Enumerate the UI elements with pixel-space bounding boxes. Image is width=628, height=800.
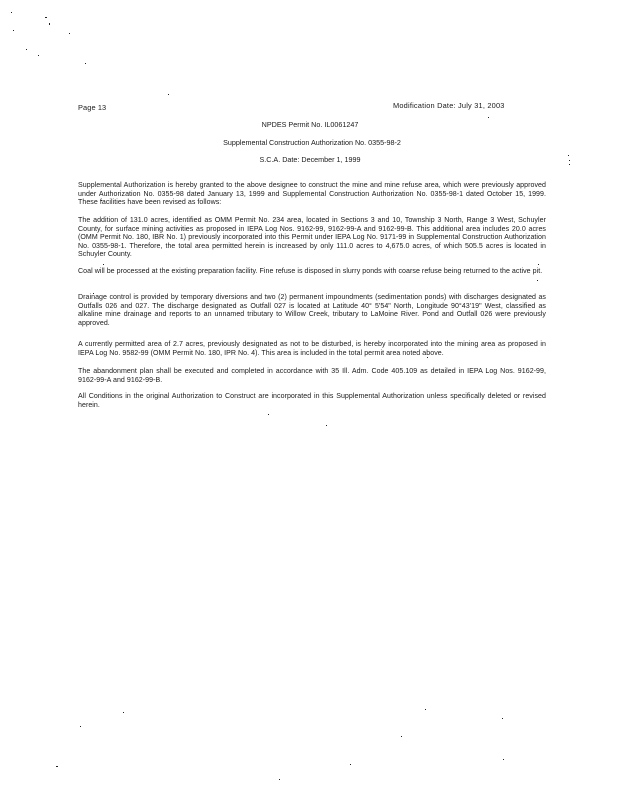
- paragraph-coal-processing: Coal will be processed at the existing p…: [78, 268, 546, 277]
- sca-date-title: S.C.A. Date: December 1, 1999: [0, 155, 624, 164]
- paragraph-drainage-control: Drainage control is provided by temporar…: [78, 294, 546, 328]
- permit-number-title: NPDES Permit No. IL0061247: [0, 120, 624, 129]
- page-number: Page 13: [78, 103, 106, 112]
- document-page: Page 13 Modification Date: July 31, 2003…: [0, 0, 628, 800]
- modification-date: Modification Date: July 31, 2003: [393, 101, 505, 110]
- paragraph-acreage-addition: The addition of 131.0 acres, identified …: [78, 217, 546, 260]
- paragraph-permitted-area: A currently permitted area of 2.7 acres,…: [78, 341, 546, 358]
- paragraph-conditions: All Conditions in the original Authoriza…: [78, 393, 546, 410]
- authorization-number-title: Supplemental Construction Authorization …: [0, 138, 626, 147]
- paragraph-abandonment-plan: The abandonment plan shall be executed a…: [78, 368, 546, 385]
- paragraph-authorization-grant: Supplemental Authorization is hereby gra…: [78, 182, 546, 208]
